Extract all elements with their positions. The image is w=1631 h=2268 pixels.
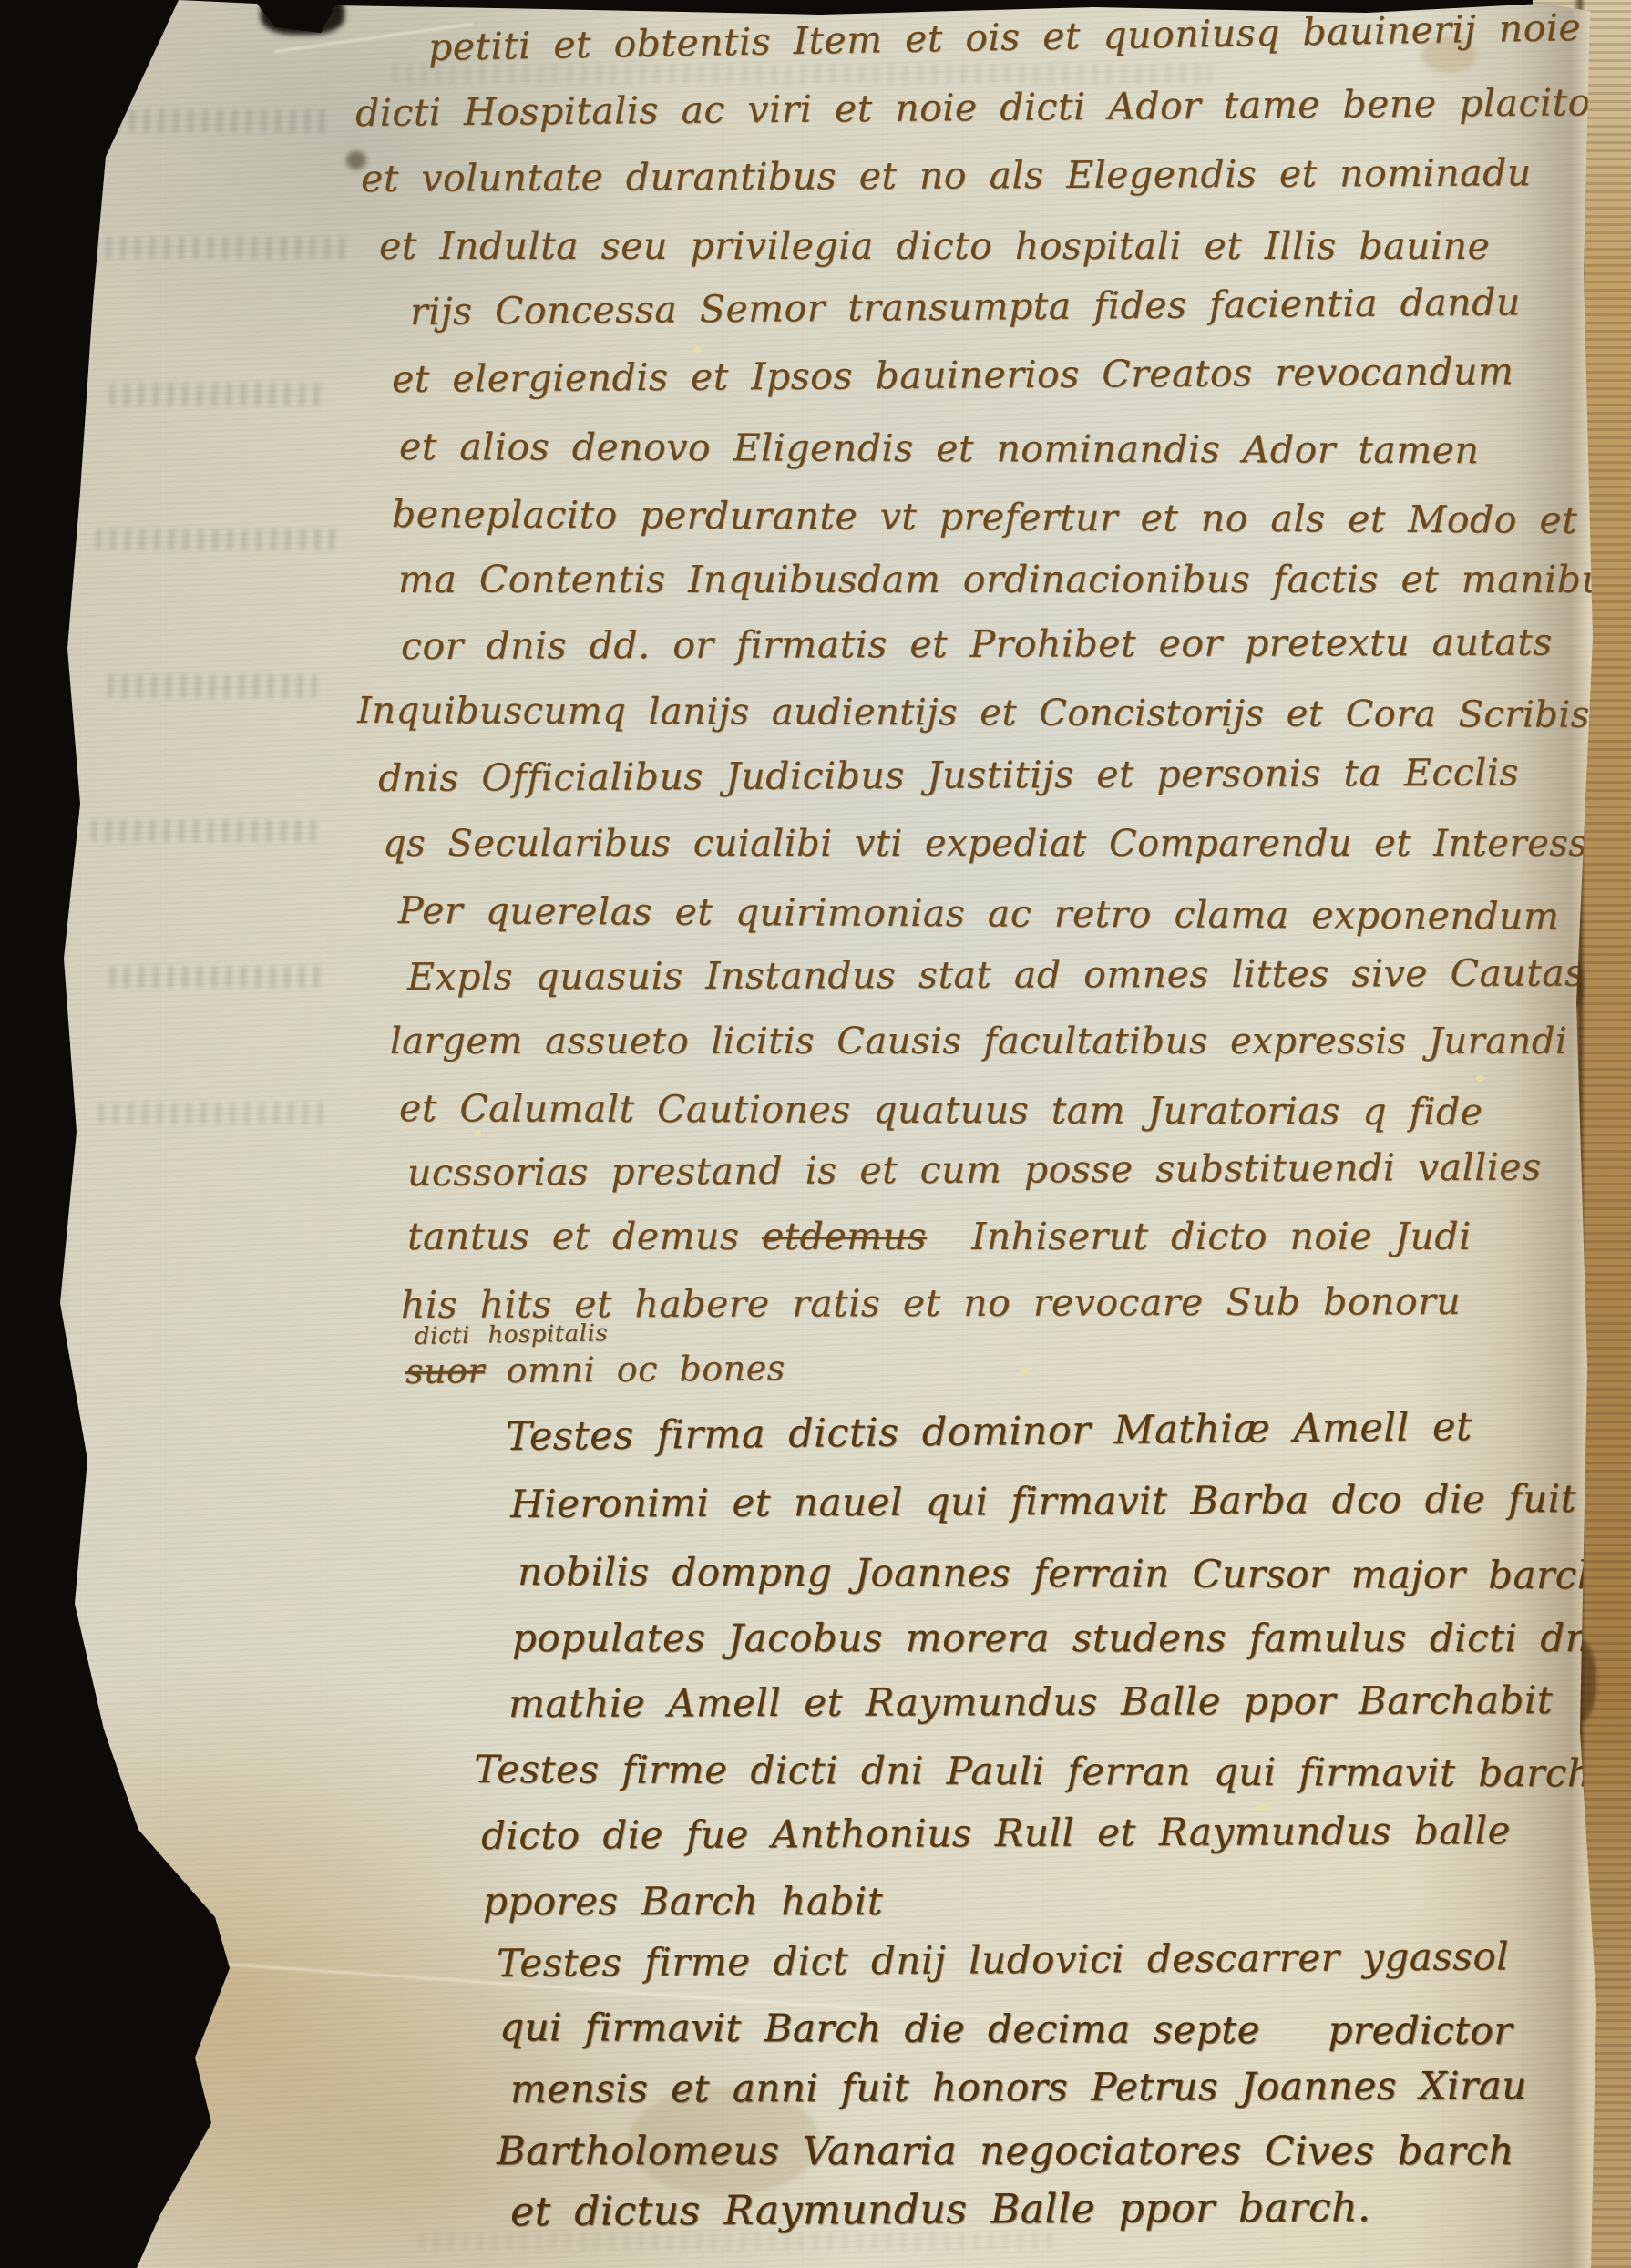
manuscript-line: cor dnis dd. or firmatis et Prohibet eor… [401, 621, 1553, 668]
bleedthrough-mark [91, 820, 323, 842]
manuscript-line: Inquibuscumq lanijs audientijs et Concis… [357, 690, 1631, 736]
ink-smudge [261, 0, 344, 35]
manuscript-line: largem assueto licitis Causis facultatib… [390, 1021, 1567, 1062]
paper-fleck [1476, 1075, 1484, 1082]
manuscript-line: ma Contentis Inquibusdam ordinacionibus … [398, 558, 1626, 601]
bleedthrough-mark [109, 383, 328, 406]
manuscript-line: tantus et demus etdemus Inhiserut dicto … [407, 1215, 1472, 1258]
manuscript-line: et voluntate durantibus et no als Elegen… [361, 150, 1532, 200]
manuscript-line: nobilis dompng Joannes ferrain Cursor ma… [518, 1549, 1602, 1597]
manuscript-text: omni oc bones [485, 1348, 785, 1391]
bleedthrough-mark [91, 237, 346, 259]
manuscript-line: Hieronimi et nauel qui firmavit Barba dc… [510, 1476, 1576, 1526]
manuscript-line: qui firmavit Barch die decima septe pred… [499, 2005, 1513, 2053]
manuscript-line: mathie Amell et Raymundus Balle ppor Bar… [508, 1678, 1553, 1726]
manuscript-line: Expls quasuis Instandus stat ad omnes li… [407, 950, 1585, 999]
manuscript-line: et alios denovo Eligendis et nominandis … [399, 425, 1480, 472]
bleedthrough-mark [98, 1103, 326, 1124]
manuscript-line: dicto die fue Anthonius Rull et Raymundu… [481, 1808, 1511, 1858]
manuscript-line: ucssorias prestand is et cum posse subst… [407, 1144, 1542, 1195]
manuscript-line: petiti et obtentis Item et ois et quoniu… [428, 5, 1582, 69]
bleedthrough-mark [108, 674, 317, 698]
paper-fleck [1021, 1367, 1029, 1375]
manuscript-line: et elergiendis et Ipsos bauinerios Creat… [392, 349, 1514, 401]
manuscript-line: Testes firma dictis dominor Mathiæ Amell… [506, 1404, 1472, 1460]
manuscript-line: dicti hospitalis [415, 1319, 609, 1350]
bleedthrough-mark [109, 966, 323, 988]
manuscript-line: et Calumalt Cautiones quatuus tam Jurato… [399, 1086, 1483, 1134]
manuscript-page: petiti et obtentis Item et ois et quoniu… [0, 0, 1631, 2268]
manuscript-line: ppores Barch habit [483, 1879, 883, 1924]
bleedthrough-mark [100, 109, 328, 133]
manuscript-line: et dictus Raymundus Balle ppor barch. [510, 2184, 1371, 2235]
scan-background: petiti et obtentis Item et ois et quoniu… [0, 0, 1631, 2268]
manuscript-line: rijs Concessa Semor transumpta fides fac… [410, 280, 1521, 334]
bleedthrough-mark [419, 2232, 1057, 2251]
manuscript-line: Per querelas et quirimonias ac retro cla… [398, 888, 1560, 939]
manuscript-line: et Indulta seu privilegia dicto hospital… [379, 224, 1490, 268]
manuscript-line: Bartholomeus Vanaria negociatores Cives … [497, 2129, 1514, 2174]
manuscript-text: tantus et demus [407, 1215, 762, 1258]
manuscript-line: beneplacito perdurante vt prefertur et n… [392, 492, 1631, 542]
struck-word: etdemus [762, 1215, 927, 1258]
manuscript-line: Testes firme dicti dni Pauli ferran qui … [474, 1747, 1593, 1795]
manuscript-line: dnis Officialibus Judicibus Justitijs et… [378, 750, 1519, 800]
manuscript-line: suor omni oc bones [405, 1348, 785, 1391]
manuscript-text: Inhiserut dicto noie Judi [927, 1215, 1472, 1258]
manuscript-line: qs Secularibus cuialibi vti expediat Com… [383, 823, 1631, 865]
manuscript-line: his hits et habere ratis et no revocare … [401, 1279, 1461, 1327]
paper-fleck [692, 346, 702, 354]
manuscript-line: mensis et anni fuit honors Petrus Joanne… [510, 2063, 1527, 2111]
manuscript-line: dicti Hospitalis ac viri et noie dicti A… [355, 80, 1591, 135]
struck-word: suor [405, 1350, 485, 1391]
paper-fleck [474, 1130, 481, 1137]
manuscript-line: Testes firme dict dnij ludovici descarre… [497, 1934, 1509, 1986]
manuscript-line: populates Jacobus morera studens famulus… [512, 1616, 1616, 1660]
bleedthrough-mark [96, 529, 342, 550]
